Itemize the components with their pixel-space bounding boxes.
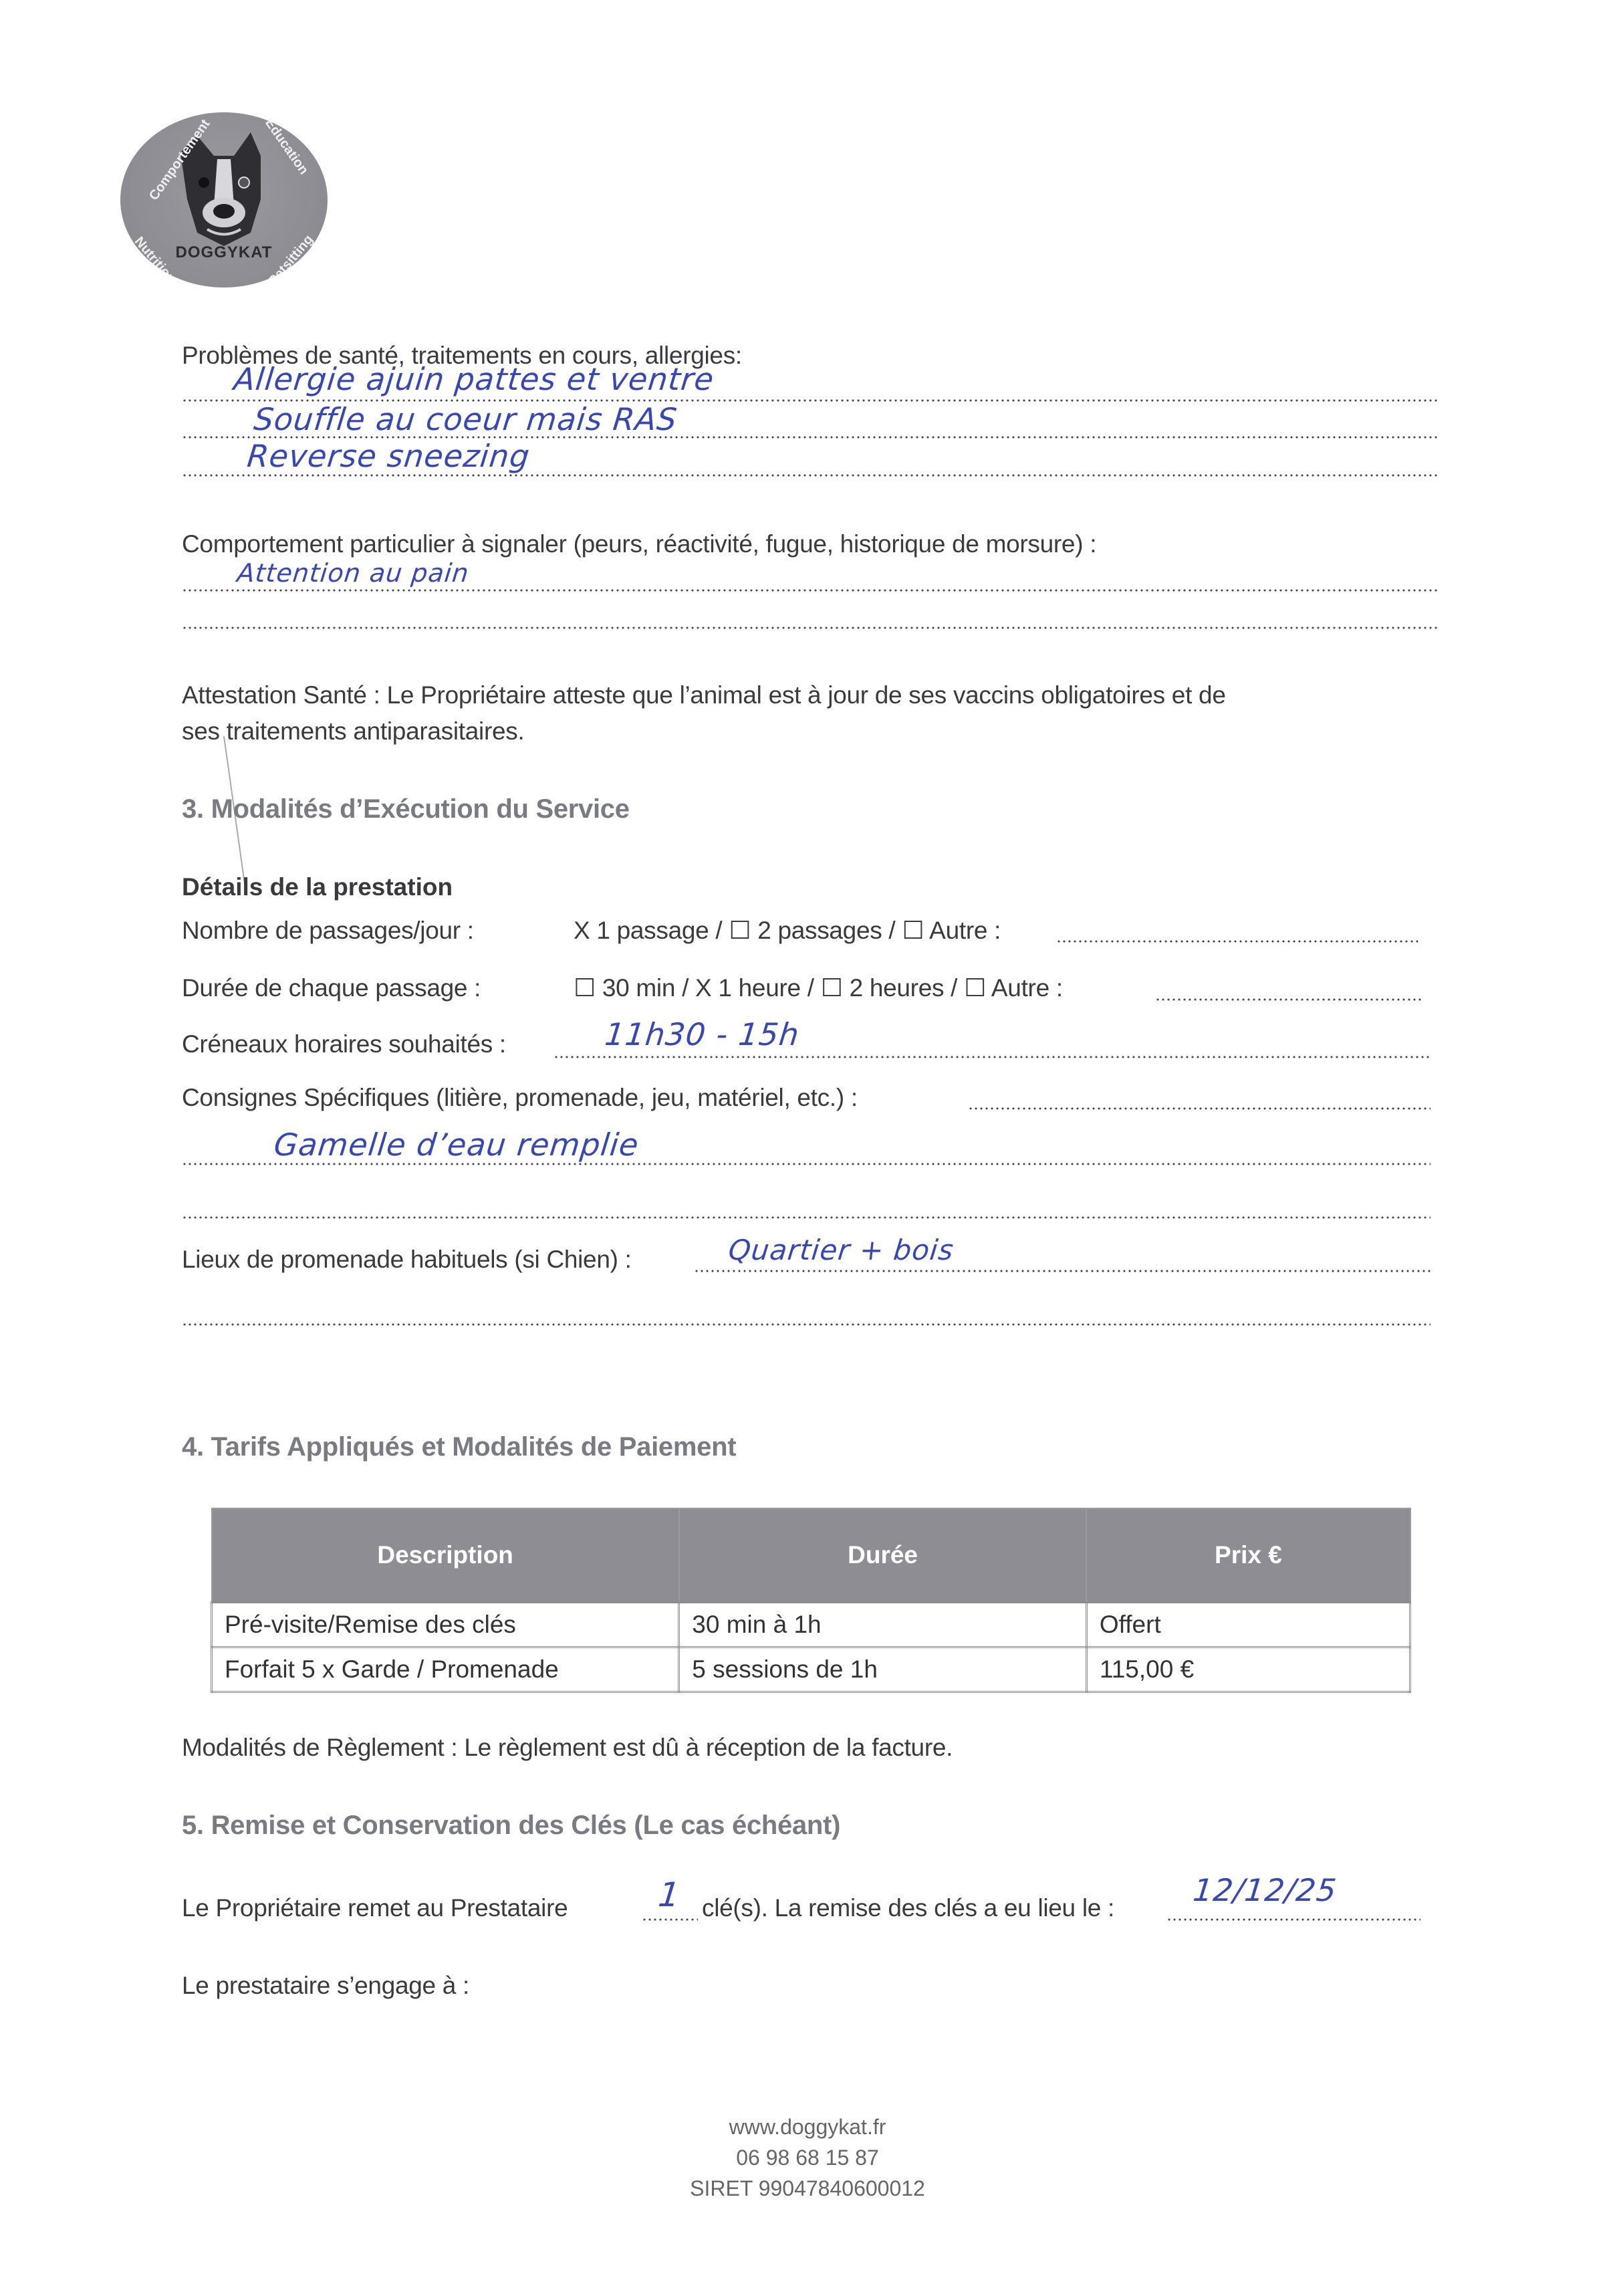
keys-count-value: 1 xyxy=(656,1875,682,1914)
payment-terms: Modalités de Règlement : Le règlement es… xyxy=(182,1733,953,1762)
creneaux-value: 11h30 - 15h xyxy=(603,1016,801,1052)
creneaux-label: Créneaux horaires souhaités : xyxy=(182,1030,506,1059)
lieux-field-2[interactable] xyxy=(182,1323,1431,1327)
doggykat-logo: DOGGYKAT Comportement Education Nutritio… xyxy=(120,112,328,288)
lieux-value: Quartier + bois xyxy=(727,1234,955,1266)
consignes-field-1[interactable] xyxy=(968,1107,1431,1111)
keys-date-value: 12/12/25 xyxy=(1191,1872,1338,1908)
footer-phone: 06 98 68 15 87 xyxy=(0,2142,1615,2173)
cell-prix: 115,00 € xyxy=(1086,1647,1410,1692)
behavior-line-1[interactable] xyxy=(182,588,1439,592)
section-4-title: 4. Tarifs Appliqués et Modalités de Paie… xyxy=(182,1432,736,1462)
passages-label: Nombre de passages/jour : xyxy=(182,916,474,945)
section-3-title: 3. Modalités d’Exécution du Service xyxy=(182,794,630,824)
cell-duree: 5 sessions de 1h xyxy=(679,1647,1087,1692)
table-row: Forfait 5 x Garde / Promenade 5 sessions… xyxy=(212,1647,1410,1692)
creneaux-field[interactable] xyxy=(553,1055,1431,1059)
cell-description: Pré-visite/Remise des clés xyxy=(212,1603,679,1647)
section-3-subtitle: Détails de la prestation xyxy=(182,873,453,901)
column-header-duree: Durée xyxy=(679,1508,1087,1603)
duree-other-field[interactable] xyxy=(1155,998,1421,1002)
attestation-line-2: ses traitements antiparasitaires. xyxy=(182,717,524,746)
consignes-field-3[interactable] xyxy=(182,1216,1431,1220)
attestation-line-1: Attestation Santé : Le Propriétaire atte… xyxy=(182,681,1439,710)
lieux-label: Lieux de promenade habituels (si Chien) … xyxy=(182,1245,632,1274)
passages-other-field[interactable] xyxy=(1056,939,1420,943)
behavior-line-2[interactable] xyxy=(182,626,1439,630)
cell-duree: 30 min à 1h xyxy=(679,1603,1087,1647)
footer-siret: SIRET 99047840600012 xyxy=(0,2173,1615,2204)
cell-prix: Offert xyxy=(1086,1603,1410,1647)
table-row: Pré-visite/Remise des clés 30 min à 1h O… xyxy=(212,1603,1410,1647)
column-header-description: Description xyxy=(212,1508,679,1603)
consignes-value: Gamelle d’eau remplie xyxy=(272,1127,640,1163)
section-5-title: 5. Remise et Conservation des Clés (Le c… xyxy=(182,1811,840,1841)
passages-options[interactable]: X 1 passage / ☐ 2 passages / ☐ Autre : xyxy=(574,916,1001,945)
keys-middle-text: clé(s). La remise des clés a eu lieu le … xyxy=(702,1893,1114,1923)
engagement-label: Le prestataire s’engage à : xyxy=(182,1971,469,2000)
keys-prefix: Le Propriétaire remet au Prestataire xyxy=(182,1893,568,1923)
consignes-label: Consignes Spécifiques (litière, promenad… xyxy=(182,1083,858,1113)
column-header-prix: Prix € xyxy=(1086,1508,1410,1603)
duree-options[interactable]: ☐ 30 min / X 1 heure / ☐ 2 heures / ☐ Au… xyxy=(574,973,1063,1003)
keys-count-field[interactable] xyxy=(642,1918,698,1922)
health-answer-1: Allergie ajuin pattes et ventre xyxy=(232,361,716,397)
lieux-field-1[interactable] xyxy=(694,1269,1431,1273)
cell-description: Forfait 5 x Garde / Promenade xyxy=(212,1647,679,1692)
health-answer-2: Souffle au coeur mais RAS xyxy=(252,401,679,437)
table-header-row: Description Durée Prix € xyxy=(212,1508,1410,1603)
tarifs-table: Description Durée Prix € Pré-visite/Remi… xyxy=(211,1508,1411,1693)
keys-date-field[interactable] xyxy=(1166,1918,1420,1922)
health-answer-3: Reverse sneezing xyxy=(245,438,531,474)
footer-website[interactable]: www.doggykat.fr xyxy=(0,2111,1615,2142)
duree-label: Durée de chaque passage : xyxy=(182,973,481,1003)
behavior-answer-1: Attention au pain xyxy=(236,558,471,588)
behavior-label: Comportement particulier à signaler (peu… xyxy=(182,530,1096,559)
